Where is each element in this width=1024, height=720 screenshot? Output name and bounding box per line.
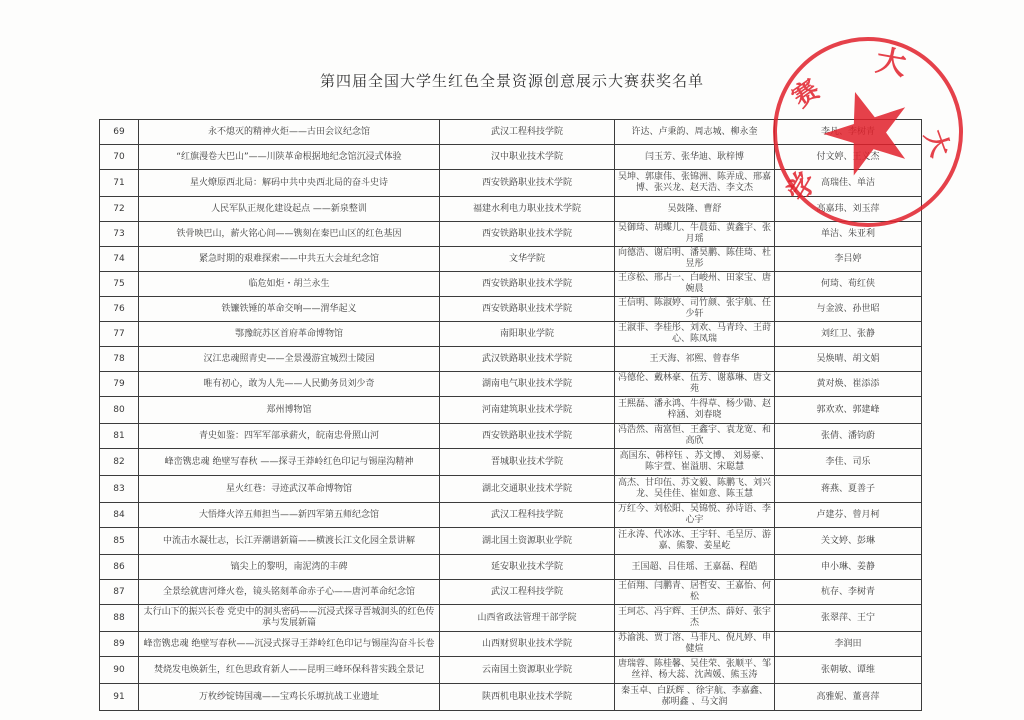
team-members-cell: 高国东、韩梓钰 、苏文博、 刘易豪、陈宇萱、崔溢朋、宋聪慧 — [615, 449, 775, 476]
team-members-cell: 秦玉卓、白跃辉 、徐宇航、李嘉鑫、郝明鑫 、马文润 — [615, 684, 775, 711]
table-row: 88太行山下的振兴长卷 党史中的洞头密码——沉浸式探寻晋城洞头的红色传承与发展新… — [100, 605, 922, 632]
work-title-cell: 万枚纱锭铸国魂——宝鸡长乐塬抗战工业遗址 — [139, 684, 440, 711]
row-number-cell: 87 — [100, 580, 139, 605]
advisors-cell: 何琦、荀红侠 — [775, 272, 922, 297]
team-members-cell: 唐瑞蓉、陈桂馨、吴佳荣、张顺平、邹丝祥、杨大蕊、沈茜媛、熊玉涛 — [615, 657, 775, 684]
work-title-cell: 汉江忠魂照青史——全景漫游宜城烈士陵园 — [139, 347, 440, 372]
table-row: 86镐尖上的黎明，南泥湾的丰碑延安职业技术学院王国超、吕佳瑶、王嘉磊、程皓申小琳… — [100, 555, 922, 580]
row-number-cell: 71 — [100, 170, 139, 197]
team-members-cell: 王天海、祁熙、曾春华 — [615, 347, 775, 372]
school-name-cell: 西安铁路职业技术学院 — [440, 170, 615, 197]
work-title-cell: 临危如炬・胡兰永生 — [139, 272, 440, 297]
row-number-cell: 75 — [100, 272, 139, 297]
team-members-cell: 吴坤、郭康伟、张锦洲、陈弄成、邢嘉博、张兴龙、赵天浩、李文杰 — [615, 170, 775, 197]
advisors-cell: 刘红卫、张静 — [775, 322, 922, 347]
table-row: 87全景绘就唐河烽火卷，镜头铭刻革命赤子心——唐河革命纪念馆武汉工程科技学院王佰… — [100, 580, 922, 605]
team-members-cell: 吴鼓隆、曹舒 — [615, 197, 775, 222]
school-name-cell: 西安铁路职业技术学院 — [440, 424, 615, 449]
school-name-cell: 武汉工程科技学院 — [440, 120, 615, 145]
row-number-cell: 84 — [100, 503, 139, 528]
work-title-cell: 唯有初心，敢为人先——人民勤务员刘少奇 — [139, 372, 440, 397]
row-number-cell: 90 — [100, 657, 139, 684]
advisors-cell: 吴焕晴、胡文娟 — [775, 347, 922, 372]
work-title-cell: 铁骨映巴山，薪火铭心间——镌刻在秦巴山区的红色基因 — [139, 222, 440, 247]
row-number-cell: 72 — [100, 197, 139, 222]
row-number-cell: 79 — [100, 372, 139, 397]
team-members-cell: 王淑菲、李桂彤、刘欢、马青玲、王莳心、陈凤瑞 — [615, 322, 775, 347]
table-row: 71星火燎原西北局：解码中共中央西北局的奋斗史诗西安铁路职业技术学院吴坤、郭康伟… — [100, 170, 922, 197]
table-row: 75临危如炬・胡兰永生西安铁路职业技术学院王彦松、邢占一、白峻州、田家宝、唐婉晨… — [100, 272, 922, 297]
team-members-cell: 高杰、甘印伍、苏文毅、陈鹏飞、刘兴龙、吴佳佳、崔如意、陈玉慧 — [615, 476, 775, 503]
school-name-cell: 南阳职业学院 — [440, 322, 615, 347]
table-row: 85中流击水凝壮志，长江弄潮谱新篇——横渡长江文化园全景讲解湖北国土资源职业学院… — [100, 528, 922, 555]
team-members-cell: 万红今、刘松阳、吴锦悦、孙诗语、李心宇 — [615, 503, 775, 528]
work-title-cell: 峰峦镌忠魂 绝壁写春秋 ——探寻王莽岭红色印记与锡崖沟精神 — [139, 449, 440, 476]
team-members-cell: 王彦松、邢占一、白峻州、田家宝、唐婉晨 — [615, 272, 775, 297]
document-title: 第四届全国大学生红色全景资源创意展示大赛获奖名单 — [0, 70, 1024, 91]
advisors-cell: 蒋燕、夏善子 — [775, 476, 922, 503]
team-members-cell: 向德浩、谢启明、潘昊鹏、陈佳琦、杜昱彤 — [615, 247, 775, 272]
work-title-cell: “红旗漫卷大巴山”——川陕革命根据地纪念馆沉浸式体验 — [139, 145, 440, 170]
table-row: 77鄂豫皖苏区首府革命博物馆南阳职业学院王淑菲、李桂彤、刘欢、马青玲、王莳心、陈… — [100, 322, 922, 347]
school-name-cell: 湖北交通职业技术学院 — [440, 476, 615, 503]
school-name-cell: 福建水利电力职业技术学院 — [440, 197, 615, 222]
row-number-cell: 74 — [100, 247, 139, 272]
team-members-cell: 王熙磊、潘永鸿、牛得草、杨少勖、赵梓涵、刘春晓 — [615, 397, 775, 424]
advisors-cell: 杭存、李树青 — [775, 580, 922, 605]
row-number-cell: 86 — [100, 555, 139, 580]
seal-char: 大 — [918, 126, 955, 161]
table-row: 89峰峦镌忠魂 绝壁写春秋——沉浸式探寻王莽岭红色印记与锡崖沟奋斗长卷山西财贸职… — [100, 632, 922, 657]
advisors-cell: 申小琳、姜静 — [775, 555, 922, 580]
row-number-cell: 70 — [100, 145, 139, 170]
advisors-cell: 李润田 — [775, 632, 922, 657]
advisors-cell: 高瑞佳、单洁 — [775, 170, 922, 197]
school-name-cell: 汉中职业技术学院 — [440, 145, 615, 170]
table-row: 70“红旗漫卷大巴山”——川陕革命根据地纪念馆沉浸式体验汉中职业技术学院闫玉芳、… — [100, 145, 922, 170]
work-title-cell: 全景绘就唐河烽火卷，镜头铭刻革命赤子心——唐河革命纪念馆 — [139, 580, 440, 605]
row-number-cell: 78 — [100, 347, 139, 372]
advisors-cell: 付文婷、王义杰 — [775, 145, 922, 170]
team-members-cell: 冯浩然、南富恒、王鑫宇、袁龙宽、和高欣 — [615, 424, 775, 449]
work-title-cell: 紧急时期的艰难探索——中共五大会址纪念馆 — [139, 247, 440, 272]
advisors-cell: 高雅妮、董喜萍 — [775, 684, 922, 711]
awards-table: 69永不熄灭的精神火炬——古田会议纪念馆武汉工程科技学院许达、卢秉韵、周志城、柳… — [99, 119, 922, 711]
advisors-cell: 与金波、孙世昭 — [775, 297, 922, 322]
table-row: 69永不熄灭的精神火炬——古田会议纪念馆武汉工程科技学院许达、卢秉韵、周志城、柳… — [100, 120, 922, 145]
row-number-cell: 83 — [100, 476, 139, 503]
team-members-cell: 王信明、陈淑婷、司竹颜、张宇航、任少轩 — [615, 297, 775, 322]
work-title-cell: 大悟烽火淬五师担当——新四军第五师纪念馆 — [139, 503, 440, 528]
row-number-cell: 77 — [100, 322, 139, 347]
work-title-cell: 中流击水凝壮志，长江弄潮谱新篇——横渡长江文化园全景讲解 — [139, 528, 440, 555]
table-row: 76铁镰铁锤的革命交响——渭华起义西安铁路职业技术学院王信明、陈淑婷、司竹颜、张… — [100, 297, 922, 322]
advisors-cell: 黄对焕、崔添添 — [775, 372, 922, 397]
table-row: 81青史如鉴：四军军部承薪火，皖南忠骨照山河西安铁路职业技术学院冯浩然、南富恒、… — [100, 424, 922, 449]
team-members-cell: 闫玉芳、张华迪、耿梓博 — [615, 145, 775, 170]
school-name-cell: 陕西机电职业技术学院 — [440, 684, 615, 711]
table-row: 74紧急时期的艰难探索——中共五大会址纪念馆文华学院向德浩、谢启明、潘昊鹏、陈佳… — [100, 247, 922, 272]
work-title-cell: 铁镰铁锤的革命交响——渭华起义 — [139, 297, 440, 322]
work-title-cell: 郑州博物馆 — [139, 397, 440, 424]
team-members-cell: 汪永涛、代冰冰、王宇轩、毛呈厉、游嘉、熊黎、姜星屹 — [615, 528, 775, 555]
work-title-cell: 镐尖上的黎明，南泥湾的丰碑 — [139, 555, 440, 580]
table-row: 80郑州博物馆河南建筑职业技术学院王熙磊、潘永鸿、牛得草、杨少勖、赵梓涵、刘春晓… — [100, 397, 922, 424]
advisors-cell: 高嘉玮、刘玉萍 — [775, 197, 922, 222]
advisors-cell: 张翠萍、王宁 — [775, 605, 922, 632]
advisors-cell: 李凡、李树青 — [775, 120, 922, 145]
work-title-cell: 太行山下的振兴长卷 党史中的洞头密码——沉浸式探寻晋城洞头的红色传承与发展新篇 — [139, 605, 440, 632]
table-row: 83星火红巷：寻迹武汉革命博物馆湖北交通职业技术学院高杰、甘印伍、苏文毅、陈鹏飞… — [100, 476, 922, 503]
table-row: 79唯有初心，敢为人先——人民勤务员刘少奇湖南电气职业技术学院冯德伦、戴林豪、伍… — [100, 372, 922, 397]
table-row: 91万枚纱锭铸国魂——宝鸡长乐塬抗战工业遗址陕西机电职业技术学院秦玉卓、白跃辉 … — [100, 684, 922, 711]
advisors-cell: 张倩、潘钧蔚 — [775, 424, 922, 449]
team-members-cell: 吴御琦、胡蝶儿、牛晨茹、黄鑫宇、张月瑶 — [615, 222, 775, 247]
awards-table-body: 69永不熄灭的精神火炬——古田会议纪念馆武汉工程科技学院许达、卢秉韵、周志城、柳… — [100, 120, 922, 711]
work-title-cell: 星火燎原西北局：解码中共中央西北局的奋斗史诗 — [139, 170, 440, 197]
work-title-cell: 星火红巷：寻迹武汉革命博物馆 — [139, 476, 440, 503]
team-members-cell: 王佰翔、闫鹏青、居哲安、王嘉怡、何松 — [615, 580, 775, 605]
advisors-cell: 郭欢欢、郭建峰 — [775, 397, 922, 424]
advisors-cell: 关文婷、彭琳 — [775, 528, 922, 555]
school-name-cell: 云南国土资源职业学院 — [440, 657, 615, 684]
work-title-cell: 焚烧发电焕新生，红色思政育新人——昆明三峰环保科普实践全景记 — [139, 657, 440, 684]
team-members-cell: 王国超、吕佳瑶、王嘉磊、程皓 — [615, 555, 775, 580]
row-number-cell: 82 — [100, 449, 139, 476]
table-row: 78汉江忠魂照青史——全景漫游宜城烈士陵园武汉铁路职业技术学院王天海、祁熙、曾春… — [100, 347, 922, 372]
school-name-cell: 西安铁路职业技术学院 — [440, 297, 615, 322]
school-name-cell: 武汉工程科技学院 — [440, 580, 615, 605]
school-name-cell: 武汉工程科技学院 — [440, 503, 615, 528]
row-number-cell: 73 — [100, 222, 139, 247]
row-number-cell: 69 — [100, 120, 139, 145]
table-row: 72人民军队正规化建设起点 ——新泉整训福建水利电力职业技术学院吴鼓隆、曹舒高嘉… — [100, 197, 922, 222]
row-number-cell: 89 — [100, 632, 139, 657]
work-title-cell: 人民军队正规化建设起点 ——新泉整训 — [139, 197, 440, 222]
work-title-cell: 永不熄灭的精神火炬——古田会议纪念馆 — [139, 120, 440, 145]
table-row: 73铁骨映巴山，薪火铭心间——镌刻在秦巴山区的红色基因西安铁路职业技术学院吴御琦… — [100, 222, 922, 247]
school-name-cell: 武汉铁路职业技术学院 — [440, 347, 615, 372]
school-name-cell: 延安职业技术学院 — [440, 555, 615, 580]
school-name-cell: 河南建筑职业技术学院 — [440, 397, 615, 424]
advisors-cell: 李吕婷 — [775, 247, 922, 272]
row-number-cell: 88 — [100, 605, 139, 632]
school-name-cell: 山西财贸职业技术学院 — [440, 632, 615, 657]
advisors-cell: 张朝敏、谭维 — [775, 657, 922, 684]
table-row: 84大悟烽火淬五师担当——新四军第五师纪念馆武汉工程科技学院万红今、刘松阳、吴锦… — [100, 503, 922, 528]
team-members-cell: 苏渝洮、贾丁溶、马菲凡、倪凡婷、申健煊 — [615, 632, 775, 657]
work-title-cell: 鄂豫皖苏区首府革命博物馆 — [139, 322, 440, 347]
school-name-cell: 西安铁路职业技术学院 — [440, 222, 615, 247]
table-row: 82峰峦镌忠魂 绝壁写春秋 ——探寻王莽岭红色印记与锡崖沟精神晋城职业技术学院高… — [100, 449, 922, 476]
work-title-cell: 峰峦镌忠魂 绝壁写春秋——沉浸式探寻王莽岭红色印记与锡崖沟奋斗长卷 — [139, 632, 440, 657]
school-name-cell: 湖北国土资源职业学院 — [440, 528, 615, 555]
row-number-cell: 81 — [100, 424, 139, 449]
advisors-cell: 卢建芬、曾月柯 — [775, 503, 922, 528]
row-number-cell: 91 — [100, 684, 139, 711]
advisors-cell: 李佳、司乐 — [775, 449, 922, 476]
school-name-cell: 山西省政法管理干部学院 — [440, 605, 615, 632]
school-name-cell: 文华学院 — [440, 247, 615, 272]
row-number-cell: 85 — [100, 528, 139, 555]
team-members-cell: 冯德伦、戴林豪、伍芳、谢慕琳、唐文苑 — [615, 372, 775, 397]
team-members-cell: 王珂芯、冯宇辉、王伊杰、薛好、张宇杰 — [615, 605, 775, 632]
advisors-cell: 单洁、朱亚利 — [775, 222, 922, 247]
school-name-cell: 西安铁路职业技术学院 — [440, 272, 615, 297]
row-number-cell: 76 — [100, 297, 139, 322]
table-row: 90焚烧发电焕新生，红色思政育新人——昆明三峰环保科普实践全景记云南国土资源职业… — [100, 657, 922, 684]
school-name-cell: 湖南电气职业技术学院 — [440, 372, 615, 397]
work-title-cell: 青史如鉴：四军军部承薪火，皖南忠骨照山河 — [139, 424, 440, 449]
team-members-cell: 许达、卢秉韵、周志城、柳永奎 — [615, 120, 775, 145]
school-name-cell: 晋城职业技术学院 — [440, 449, 615, 476]
row-number-cell: 80 — [100, 397, 139, 424]
